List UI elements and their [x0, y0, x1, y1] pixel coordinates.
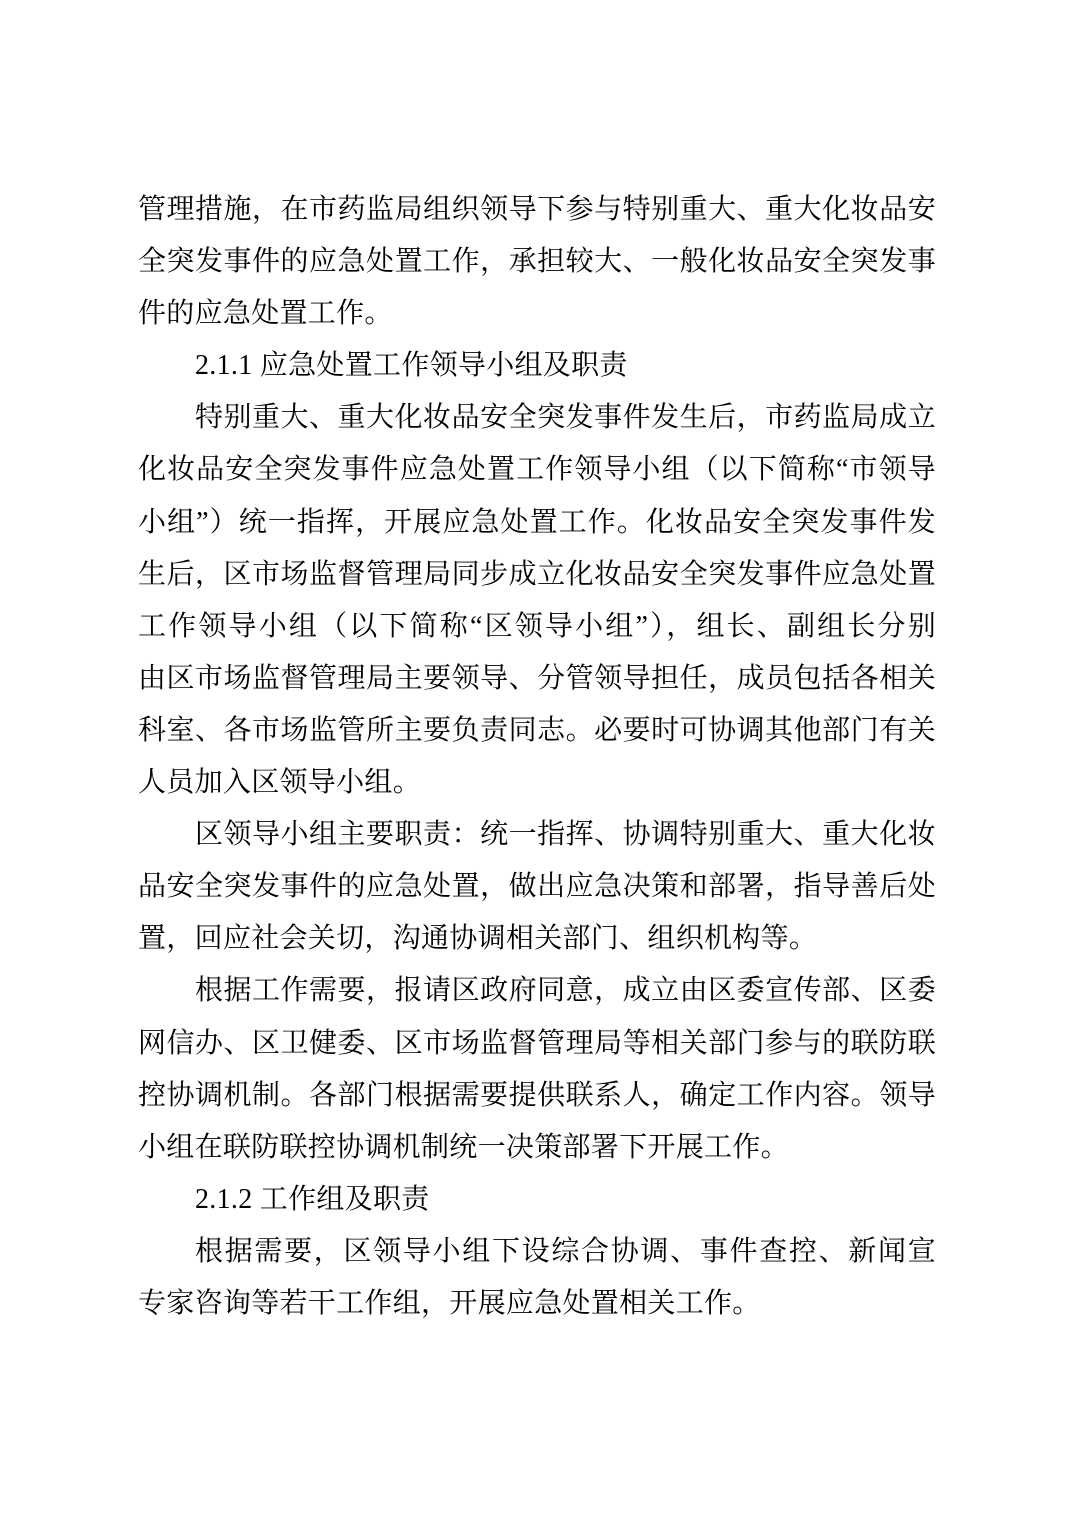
text-line: 全突发事件的应急处置工作，承担较大、一般化妆品安全突发事: [138, 236, 936, 288]
text-line: 工作领导小组（以下简称“区领导小组”），组长、副组长分别: [138, 601, 936, 653]
text-line: 根据需要，区领导小组下设综合协调、事件查控、新闻宣传、: [138, 1226, 936, 1278]
text-line: 由区市场监督管理局主要领导、分管领导担任，成员包括各相关: [138, 653, 936, 705]
document-text-block: 管理措施，在市药监局组织领导下参与特别重大、重大化妆品安全突发事件的应急处置工作…: [138, 184, 936, 1330]
text-line: 品安全突发事件的应急处置，做出应急决策和部署，指导善后处: [138, 861, 936, 913]
text-line: 置，回应社会关切，沟通协调相关部门、组织机构等。: [138, 913, 936, 965]
text-line: 人员加入区领导小组。: [138, 757, 936, 809]
text-line: 网信办、区卫健委、区市场监督管理局等相关部门参与的联防联: [138, 1018, 936, 1070]
text-line: 小组在联防联控协调机制统一决策部署下开展工作。: [138, 1122, 936, 1174]
text-line: 化妆品安全突发事件应急处置工作领导小组（以下简称“市领导: [138, 444, 936, 496]
text-line: 特别重大、重大化妆品安全突发事件发生后，市药监局成立: [138, 392, 936, 444]
heading-line: 2.1.2 工作组及职责: [138, 1174, 936, 1226]
text-line: 生后，区市场监督管理局同步成立化妆品安全突发事件应急处置: [138, 549, 936, 601]
text-line: 专家咨询等若干工作组，开展应急处置相关工作。: [138, 1278, 936, 1330]
document-page: 管理措施，在市药监局组织领导下参与特别重大、重大化妆品安全突发事件的应急处置工作…: [0, 0, 1074, 1520]
text-line: 区领导小组主要职责：统一指挥、协调特别重大、重大化妆: [138, 809, 936, 861]
text-line: 管理措施，在市药监局组织领导下参与特别重大、重大化妆品安: [138, 184, 936, 236]
text-line: 件的应急处置工作。: [138, 288, 936, 340]
heading-line: 2.1.1 应急处置工作领导小组及职责: [138, 340, 936, 392]
text-line: 根据工作需要，报请区政府同意，成立由区委宣传部、区委: [138, 965, 936, 1017]
text-line: 控协调机制。各部门根据需要提供联系人，确定工作内容。领导: [138, 1070, 936, 1122]
text-line: 科室、各市场监管所主要负责同志。必要时可协调其他部门有关: [138, 705, 936, 757]
text-line: 小组”）统一指挥，开展应急处置工作。化妆品安全突发事件发: [138, 497, 936, 549]
